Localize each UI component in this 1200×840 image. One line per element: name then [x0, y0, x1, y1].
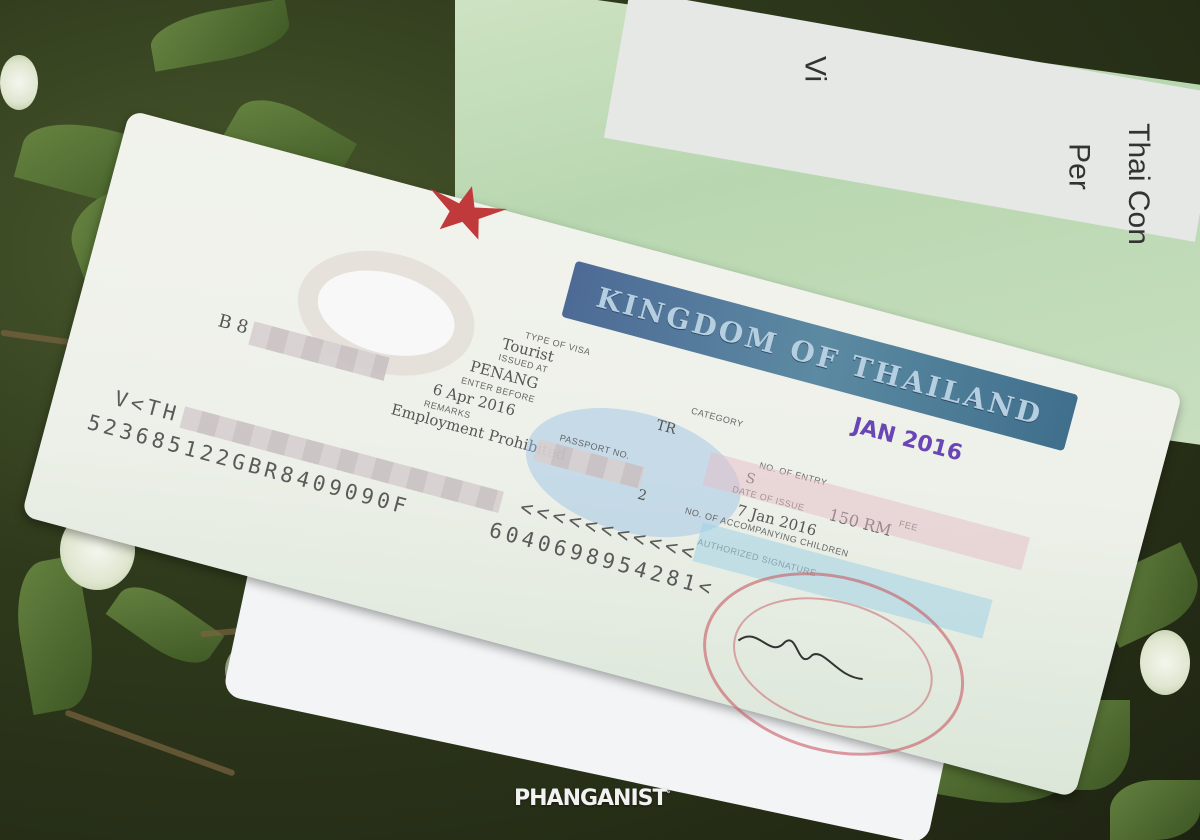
clover-flower [1140, 630, 1190, 695]
clover-flower [0, 55, 38, 110]
leaf [147, 0, 294, 72]
label-category: CATEGORY [690, 406, 744, 430]
date-stamp: JAN 2016 [850, 413, 965, 466]
twig [64, 709, 235, 776]
phanganist-watermark: PHANGANIST° [514, 786, 670, 811]
watermark-mark: ° [667, 790, 670, 799]
photo-scene: Vi Thai Con Per ลายมือชื่อ Signature KIN… [0, 0, 1200, 840]
card-text: Vi [798, 56, 832, 82]
visa-number: B 8 [216, 310, 251, 338]
card-text: Thai Con [1121, 123, 1155, 245]
watermark-text: PHANGANIST [514, 786, 667, 811]
card-text: Per [1061, 143, 1095, 190]
leaf [106, 573, 225, 677]
leaf [1110, 780, 1200, 840]
